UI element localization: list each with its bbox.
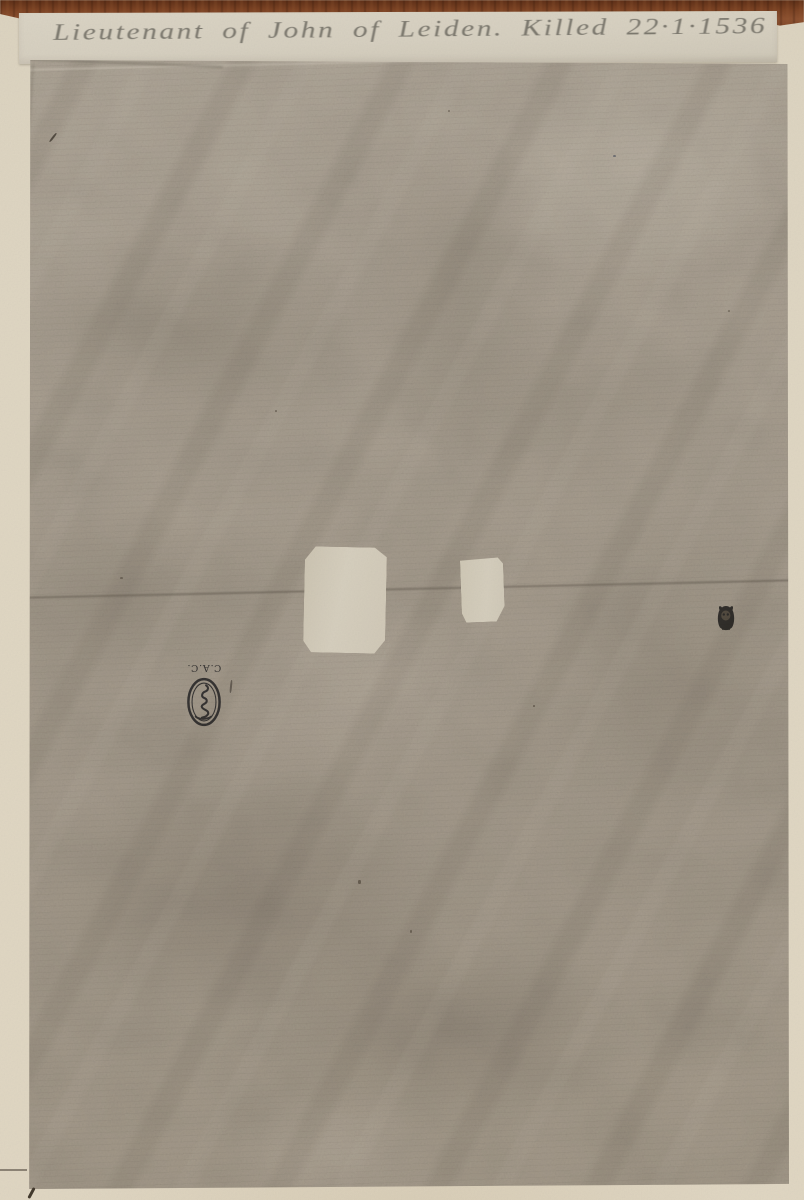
warm-tone-overlay [0,0,804,1200]
drawing-verso-photo: Lieutenant of John of Leiden. Killed 22·… [0,0,804,1200]
